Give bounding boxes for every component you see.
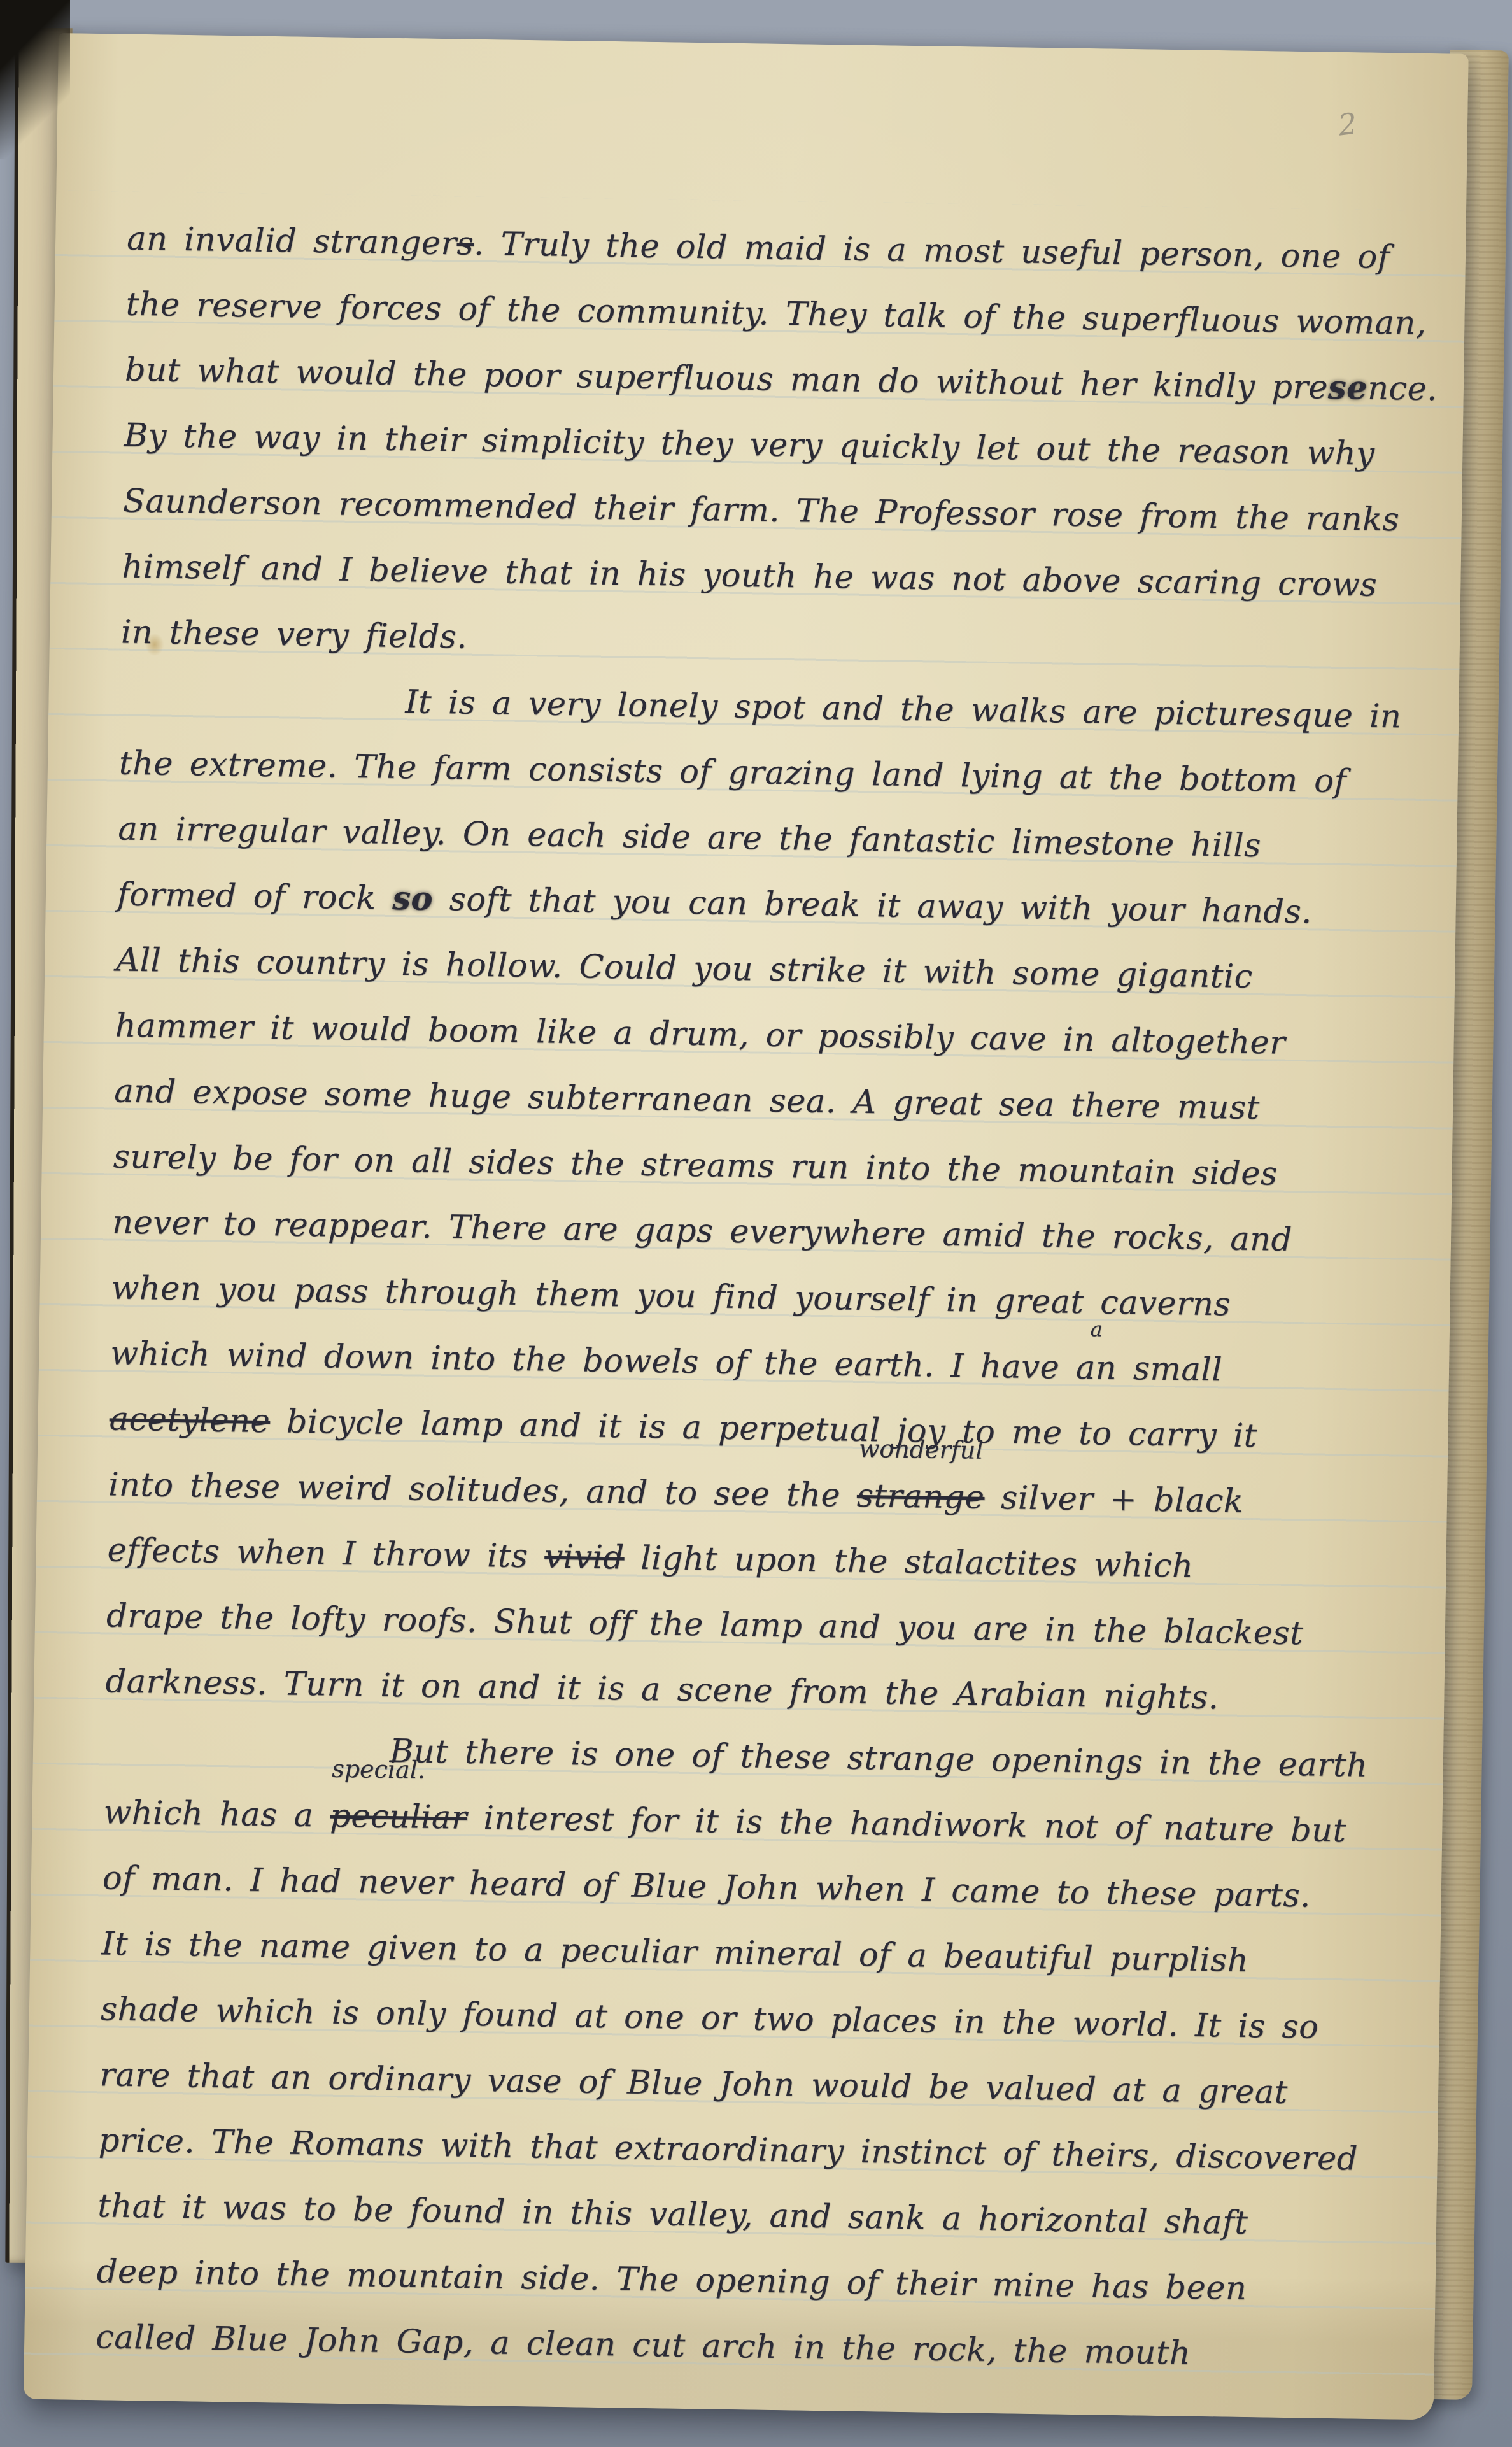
handwritten-text: darkness. Turn it on and it is a scene f… [105,1663,1219,1717]
manuscript-lines: an invalid strangers. Truly the old maid… [95,206,1420,2390]
handwritten-text: It is a very lonely spot and the walks a… [405,683,1402,735]
handwritten-text: effects when I throw its [107,1531,544,1575]
interlinear-insertion: special. [332,1757,425,1782]
handwritten-text: All this country is hollow. Could you st… [116,942,1253,996]
handwritten-text: which has a [103,1794,330,1834]
handwritten-text: himself and I believe that in his youth … [122,548,1377,604]
handwritten-text: never to reappear. There are gaps everyw… [112,1203,1292,1258]
handwritten-text: nce. [1367,370,1438,409]
handwritten-text: formed of rock [117,876,393,918]
handwritten-text: when you pass through them you find your… [111,1269,1231,1323]
handwritten-text: interest for it is the handiwork not of … [467,1799,1346,1850]
handwritten-text: se [1328,369,1368,408]
deleted-word: peculiarspecial. [329,1784,467,1851]
handwritten-text: an invalid stranger [127,220,457,263]
handwritten-text: silver + black [984,1479,1244,1521]
handwritten-text: Saunderson recommended their farm. The P… [123,483,1400,539]
handwritten-text: soft that you can break it away with you… [433,881,1313,931]
handwritten-text: It is the name given to a peculiar miner… [101,1925,1249,1980]
handwritten-text: shade which is only found at one or two … [101,1990,1319,2046]
handwritten-text: deep into the mountain side. The opening… [96,2253,1247,2308]
handwritten-text: but what would the poor superfluous man … [125,351,1329,407]
interlinear-insertion: a [1091,1319,1103,1339]
cover-corner-curl [0,0,70,159]
handwritten-text: . Truly the old maid is a most useful pe… [474,225,1390,276]
photo-backdrop: { "page": { "number": "2" }, "colors": {… [0,0,1512,2447]
handwritten-text: in these very fields. [121,614,468,656]
deleted-word: strangewonderful [856,1463,985,1531]
interlinear-insertion: wonderful [859,1436,984,1463]
handwritten-text: surely be for on all sides the streams r… [113,1138,1278,1193]
handwritten-text: of man. I had never heard of Blue John w… [102,1859,1311,1915]
handwritten-text: the reserve forces of the community. The… [125,286,1427,343]
handwritten-text: bicycle lamp and it is a perpetual joy t… [270,1403,1257,1455]
handwritten-text: small [1117,1350,1223,1389]
handwritten-text: called Blue John Gap, a clean cut arch i… [95,2318,1191,2373]
handwritten-text: But there is one of these strange openin… [390,1733,1368,1785]
handwritten-text: hammer it would boom like a drum, or pos… [115,1007,1285,1061]
handwritten-text: into these weird solitudes, and to see t… [108,1466,858,1514]
handwritten-text: which wind down into the bowels of the e… [110,1335,1077,1386]
deleted-word: acetylene [109,1400,270,1440]
page-number: 2 [1336,106,1359,142]
deleted-word: vivid [544,1538,625,1577]
handwritten-text: price. The Romans with that extraordinar… [98,2122,1358,2178]
manuscript-page: 2 an invalid strangers. Truly the old ma… [24,33,1469,2420]
deleted-word: s [456,225,474,262]
handwritten-text: so [392,879,434,918]
handwritten-text: ana [1075,1335,1117,1401]
handwritten-text: drape the lofty roofs. Shut off the lamp… [106,1597,1304,1652]
handwritten-text: the extreme. The farm consists of grazin… [119,745,1347,801]
handwritten-text: that it was to be found in this valley, … [97,2187,1248,2242]
handwritten-text: an irregular valley. On each side are th… [118,811,1261,865]
handwritten-text: rare that an ordinary vase of Blue John … [99,2056,1288,2111]
handwritten-text: and expose some huge subterranean sea. A… [114,1072,1260,1127]
handwritten-text: light upon the stalactites which [624,1539,1194,1585]
handwritten-text: By the way in their simplicity they very… [124,417,1375,473]
